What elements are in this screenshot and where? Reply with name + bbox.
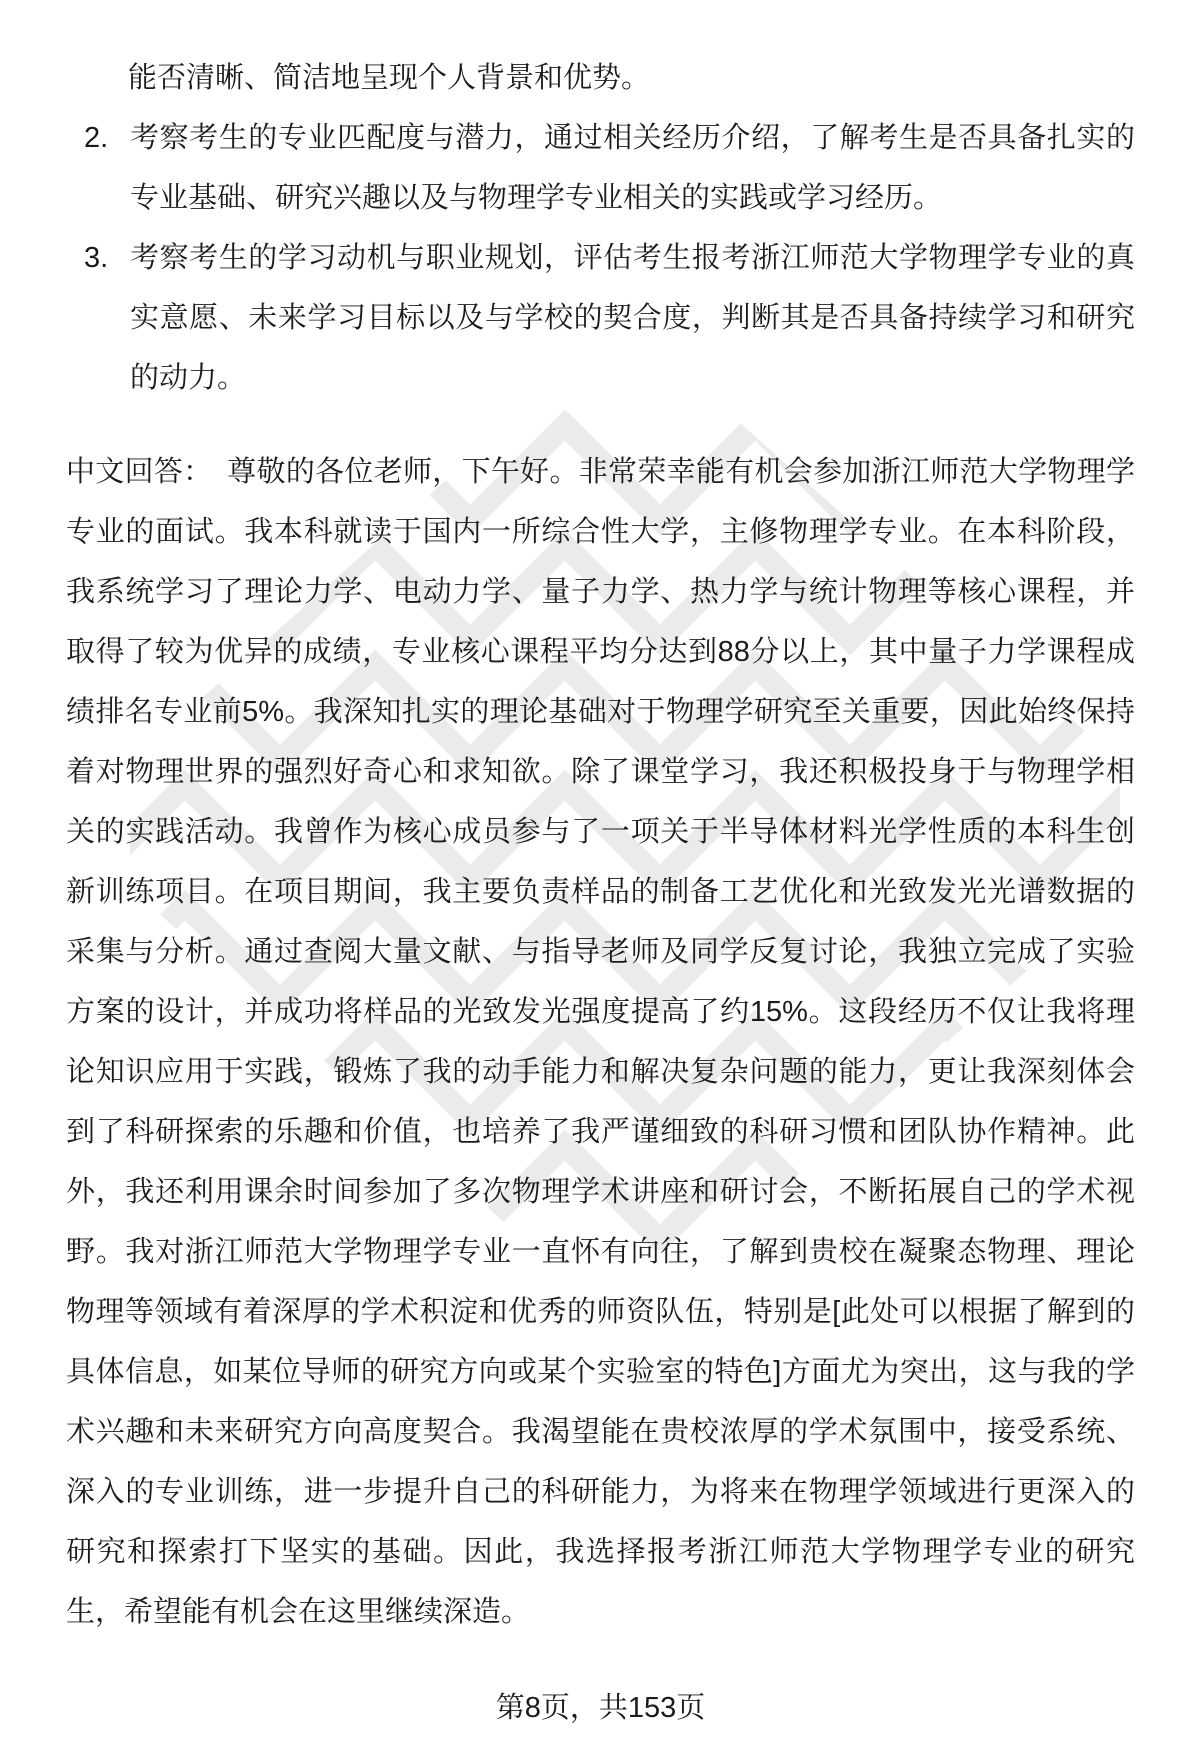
- document-page: 能否清晰、简洁地呈现个人背景和优势。 2. 考察考生的专业匹配度与潜力，通过相关…: [0, 0, 1200, 1755]
- list-item-3-marker: 3.: [84, 228, 108, 288]
- chinese-answer-paragraph: 中文回答： 尊敬的各位老师，下午好。非常荣幸能有机会参加浙江师范大学物理学专业的…: [66, 442, 1135, 1642]
- list-item-2-text: 考察考生的专业匹配度与潜力，通过相关经历介绍，了解考生是否具备扎实的专业基础、研…: [130, 122, 1135, 214]
- list-item-2-marker: 2.: [84, 108, 108, 168]
- list-item-3: 3. 考察考生的学习动机与职业规划，评估考生报考浙江师范大学物理学专业的真实意愿…: [66, 228, 1135, 408]
- page-content: 能否清晰、简洁地呈现个人背景和优势。 2. 考察考生的专业匹配度与潜力，通过相关…: [0, 0, 1200, 1738]
- list-item-1-continuation: 能否清晰、简洁地呈现个人背景和优势。: [66, 48, 1135, 108]
- page-number-indicator: 第8页，共153页: [66, 1678, 1135, 1738]
- list-item-2: 2. 考察考生的专业匹配度与潜力，通过相关经历介绍，了解考生是否具备扎实的专业基…: [66, 108, 1135, 228]
- list-item-3-text: 考察考生的学习动机与职业规划，评估考生报考浙江师范大学物理学专业的真实意愿、未来…: [130, 242, 1135, 394]
